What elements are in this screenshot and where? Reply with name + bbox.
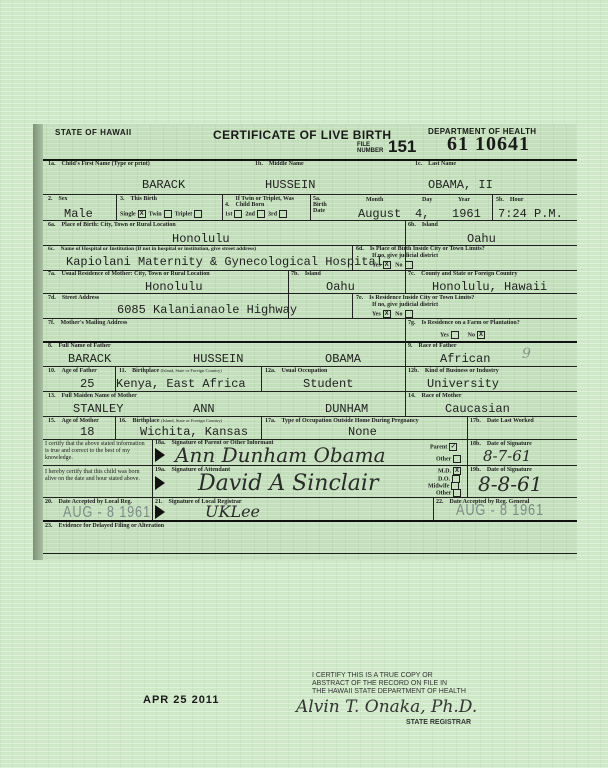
- local-registrar-signature: UKLee: [205, 502, 260, 521]
- field-1b-label: 1b.Middle Name: [255, 161, 304, 167]
- field-7e-label: 7e.Is Residence Inside City or Town Limi…: [356, 295, 474, 301]
- divider: [43, 220, 577, 221]
- reg-general-date-stamp: AUG - 8 1961: [456, 502, 544, 520]
- father-age: 25: [80, 377, 94, 391]
- informant-certification: I certify that the above stated informat…: [45, 441, 150, 462]
- certification-text: I CERTIFY THIS IS A TRUE COPY OR ABSTRAC…: [312, 672, 466, 696]
- father-birthplace: Kenya, East Africa: [116, 377, 246, 391]
- field-23-label: 23.Evidence for Delayed Filing or Altera…: [45, 523, 164, 529]
- child-middle-name: HUSSEIN: [265, 178, 315, 192]
- other-attendant-option: Other: [436, 489, 461, 497]
- field-1a-label: 1a.Child's First Name (Type or print): [48, 161, 150, 167]
- divider: [116, 194, 117, 220]
- birth-island: Oahu: [467, 232, 496, 246]
- registrar-signature: Alvin T. Onaka, Ph.D.: [296, 697, 477, 717]
- mother-race: Caucasian: [445, 402, 510, 416]
- divider: [405, 270, 406, 293]
- divider: [222, 194, 223, 220]
- first-checkbox: [234, 210, 242, 218]
- mother-residence-city: Honolulu: [145, 280, 203, 294]
- field-16-label: 16.Birthplace (Island, State or Foreign …: [119, 418, 222, 424]
- field-3-label: 3.This Birth: [120, 196, 157, 202]
- field-6c-label: 6c.Name of Hospital or Institution (If n…: [48, 246, 256, 252]
- margin-annotation: 9: [522, 346, 531, 362]
- other-informant-option: Other: [436, 455, 461, 463]
- birth-order-options: 1st 2nd 3rd: [225, 210, 287, 218]
- divider: [492, 194, 493, 220]
- field-12a-label: 12a.Usual Occupation: [265, 368, 327, 374]
- md-checkbox: X: [453, 467, 461, 475]
- divider: [43, 341, 577, 343]
- informant-signature: Ann Dunham Obama: [175, 443, 386, 467]
- form-binding-edge: [33, 124, 43, 560]
- mother-residence-county-state: Honolulu, Hawaii: [432, 280, 547, 294]
- field-11-label: 11.Birthplace (Island, State or Foreign …: [119, 368, 222, 374]
- parent-option: Parent✓: [430, 443, 457, 451]
- local-reg-date-stamp: AUG - 8 1961: [63, 504, 151, 522]
- field-4-label: 4.If Twin or Triplet, Was Child Born: [225, 196, 306, 208]
- divider: [43, 416, 577, 417]
- field-7b-label: 7b.Island: [291, 271, 321, 277]
- farm-yes-checkbox: [451, 331, 459, 339]
- field-7g-label: 7g.Is Residence on a Farm or Plantation?: [408, 320, 520, 326]
- field-17b-label: 17b.Date Last Worked: [470, 418, 534, 424]
- divider: [467, 416, 468, 497]
- registrar-title: STATE REGISTRAR: [406, 719, 471, 726]
- arrow-icon: [155, 448, 165, 462]
- field-1c-label: 1c.Last Name: [415, 161, 456, 167]
- divider: [152, 439, 153, 520]
- divider: [433, 497, 434, 520]
- birth-inside-limits-yes-checkbox: X: [383, 261, 391, 269]
- birth-inside-limits-no-checkbox: [405, 261, 413, 269]
- day-label: Day: [422, 197, 432, 203]
- divider: [352, 293, 353, 318]
- field-7g-options: Yes NoX: [440, 331, 485, 339]
- state-label: STATE OF HAWAII: [55, 128, 132, 137]
- father-first-name: BARACK: [68, 352, 111, 366]
- field-6a-label: 6a.Place of Birth: City, Town or Rural L…: [48, 222, 176, 228]
- attendant-signature-date: 8-8-61: [478, 472, 542, 496]
- divider: [43, 553, 577, 554]
- field-17a-label: 17a.Type of Occupation Outside Home Duri…: [265, 418, 419, 424]
- field-10-label: 10.Age of Father: [48, 368, 97, 374]
- parent-checkbox: ✓: [449, 443, 457, 451]
- attendant-certification: I hereby certify that this child was bor…: [45, 469, 150, 483]
- field-8-label: 8.Full Name of Father: [48, 343, 111, 349]
- other-informant-checkbox: [453, 455, 461, 463]
- field-14-label: 14.Race of Mother: [408, 393, 461, 399]
- divider: [261, 366, 262, 391]
- birth-year: 1961: [452, 207, 481, 221]
- field-6d-label: 6d.Is Place of Birth Inside City or Town…: [356, 246, 485, 252]
- field-7e-sub: If no, give judicial district: [372, 302, 438, 308]
- divider: [261, 416, 262, 439]
- divider: [43, 391, 577, 392]
- this-birth-options: SingleX Twin Triplet: [120, 210, 202, 218]
- third-checkbox: [279, 210, 287, 218]
- mother-street-address: 6085 Kalanianaole Highway: [117, 303, 297, 317]
- divider: [43, 318, 577, 319]
- attendant-signature: David A Sinclair: [198, 471, 378, 496]
- field-7f-label: 7f.Mother's Mailing Address: [48, 320, 127, 326]
- divider: [43, 439, 577, 440]
- divider: [43, 497, 577, 498]
- field-7a-label: 7a.Usual Residence of Mother: City, Town…: [48, 271, 210, 277]
- mother-first-name: STANLEY: [73, 402, 123, 416]
- field-12b-label: 12b.Kind of Business or Industry: [408, 368, 499, 374]
- field-7c-label: 7c.County and State or Foreign Country: [408, 271, 517, 277]
- mother-last-name: DUNHAM: [325, 402, 368, 416]
- field-7e-options: YesX No: [372, 310, 413, 318]
- certificate-title: CERTIFICATE OF LIVE BIRTH: [213, 128, 391, 142]
- field-15-label: 15.Age of Mother: [48, 418, 99, 424]
- file-number-label: FILENUMBER: [357, 142, 383, 154]
- residence-inside-limits-yes-checkbox: X: [383, 310, 391, 318]
- mother-residence-island: Oahu: [326, 280, 355, 294]
- father-last-name: OBAMA: [325, 352, 361, 366]
- field-7d-label: 7d.Street Address: [48, 295, 99, 301]
- father-industry: University: [427, 377, 499, 391]
- mother-middle-name: ANN: [193, 402, 215, 416]
- file-number: 151: [388, 137, 416, 157]
- divider: [405, 318, 406, 416]
- informant-signature-date: 8-7-61: [483, 447, 531, 465]
- divider: [310, 194, 311, 220]
- field-2-label: 2.Sex: [48, 196, 68, 202]
- divider: [115, 416, 116, 439]
- md-option: M.D.X: [438, 467, 461, 475]
- year-label: Year: [458, 197, 470, 203]
- child-first-name: BARACK: [142, 178, 185, 192]
- field-5b-label: 5b.Hour: [496, 197, 524, 203]
- child-last-name: OBAMA, II: [428, 178, 493, 192]
- single-checkbox: X: [138, 210, 146, 218]
- divider: [43, 366, 577, 367]
- father-race: African: [440, 352, 490, 366]
- hospital-name: Kapiolani Maternity & Gynecological Hosp…: [66, 255, 383, 269]
- field-9-label: 9.Race of Father: [408, 343, 456, 349]
- month-label: Month: [366, 197, 383, 203]
- field-5a-label: 5a. Birth Date: [313, 196, 333, 214]
- birth-hour: 7:24 P.M.: [498, 207, 563, 221]
- mother-age: 18: [80, 425, 94, 439]
- arrow-icon: [155, 505, 165, 519]
- field-13-label: 13.Full Maiden Name of Mother: [48, 393, 137, 399]
- father-middle-name: HUSSEIN: [193, 352, 243, 366]
- arrow-icon: [155, 476, 165, 490]
- farm-no-checkbox: X: [477, 331, 485, 339]
- certificate-number: 61 10641: [447, 133, 530, 156]
- twin-checkbox: [164, 210, 172, 218]
- second-checkbox: [257, 210, 265, 218]
- residence-inside-limits-no-checkbox: [405, 310, 413, 318]
- mother-birthplace: Wichita, Kansas: [140, 425, 248, 439]
- birth-city: Honolulu: [172, 232, 230, 246]
- sex-value: Male: [64, 207, 93, 221]
- field-6d-options: YesX No: [372, 261, 413, 269]
- field-6b-label: 6b.Island: [408, 222, 438, 228]
- birth-day: 4,: [415, 207, 429, 221]
- father-occupation: Student: [303, 377, 353, 391]
- issue-date: APR 25 2011: [143, 694, 219, 706]
- field-6d-sub: If no, give judicial district: [372, 253, 438, 259]
- triplet-checkbox: [194, 210, 202, 218]
- mother-occupation: None: [348, 425, 377, 439]
- other-attendant-checkbox: [453, 489, 461, 497]
- birth-month: August: [358, 207, 401, 221]
